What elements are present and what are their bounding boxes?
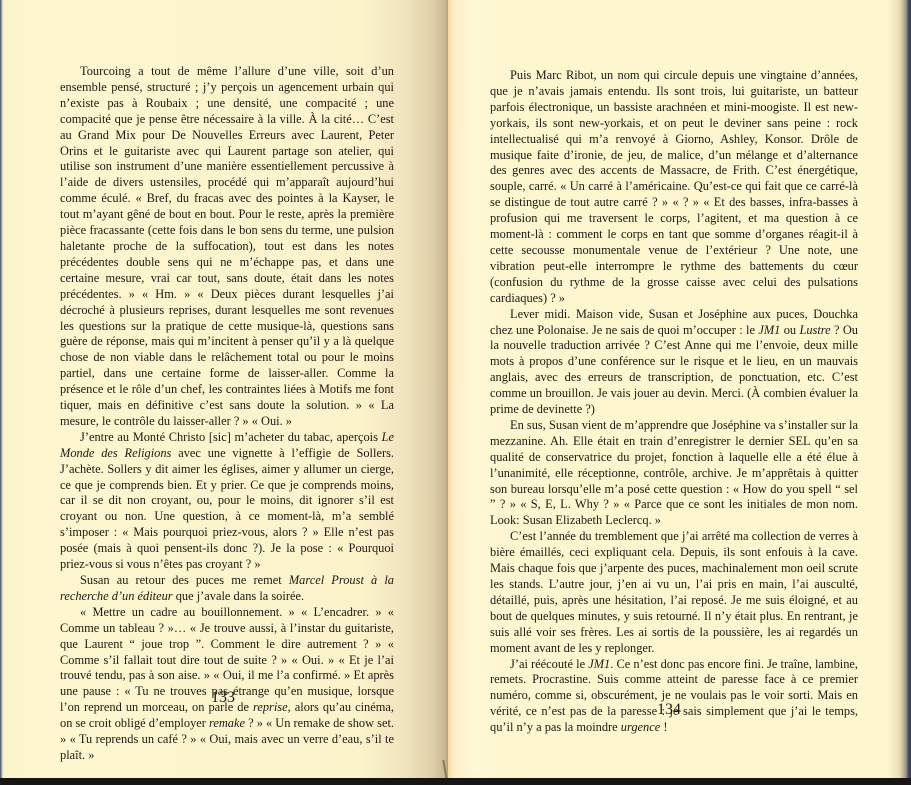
right-page: Puis Marc Ribot, un nom qui circule depu… <box>448 0 911 780</box>
page-number-left: 133 <box>193 690 253 706</box>
left-page-body: Tourcoing a tout de même l’allure d’une … <box>60 64 394 764</box>
italic-title: JM1 <box>588 657 610 671</box>
italic-title: urgence <box>621 720 660 734</box>
right-page-body: Puis Marc Ribot, un nom qui circule depu… <box>490 68 858 736</box>
paragraph: Tourcoing a tout de même l’allure d’une … <box>60 64 394 430</box>
paragraph: Lever midi. Maison vide, Susan et Joséph… <box>490 307 858 418</box>
paragraph: « Mettre un cadre au bouillonnement. » «… <box>60 605 394 764</box>
book-spread: Tourcoing a tout de même l’allure d’une … <box>0 0 911 780</box>
text-run: ou <box>780 323 799 337</box>
paragraph: J’entre au Monté Christo [sic] m’acheter… <box>60 430 394 573</box>
text-run: Puis Marc Ribot, un nom qui circule depu… <box>490 68 858 305</box>
italic-title: remake <box>209 716 245 730</box>
italic-title: JM1 <box>758 323 780 337</box>
text-run: J’entre au Monté Christo [sic] m’acheter… <box>80 430 382 444</box>
paragraph: J’ai réécouté le JM1. Ce n’est donc pas … <box>490 657 858 737</box>
paragraph: En sus, Susan vient de m’apprendre que J… <box>490 418 858 529</box>
text-run: ! <box>660 720 667 734</box>
text-run: Susan au retour des puces me remet <box>80 573 289 587</box>
paragraph: Puis Marc Ribot, un nom qui circule depu… <box>490 68 858 307</box>
italic-title: reprise <box>253 700 288 714</box>
left-page: Tourcoing a tout de même l’allure d’une … <box>0 0 448 780</box>
text-run: que j’avale dans la soirée. <box>173 589 304 603</box>
paragraph: C’est l’année du tremblement que j’ai ar… <box>490 529 858 656</box>
paragraph: Susan au retour des puces me remet Marce… <box>60 573 394 605</box>
text-run: C’est l’année du tremblement que j’ai ar… <box>490 529 858 654</box>
text-run: avec une vignette à l’effigie de Sollers… <box>60 446 394 571</box>
page-number-right: 134 <box>639 702 699 718</box>
text-run: J’ai réécouté le <box>510 657 588 671</box>
text-run: En sus, Susan vient de m’apprendre que J… <box>490 418 858 527</box>
italic-title: Lustre <box>799 323 830 337</box>
text-run: Tourcoing a tout de même l’allure d’une … <box>60 64 394 428</box>
scan-bottom-edge <box>0 778 911 785</box>
